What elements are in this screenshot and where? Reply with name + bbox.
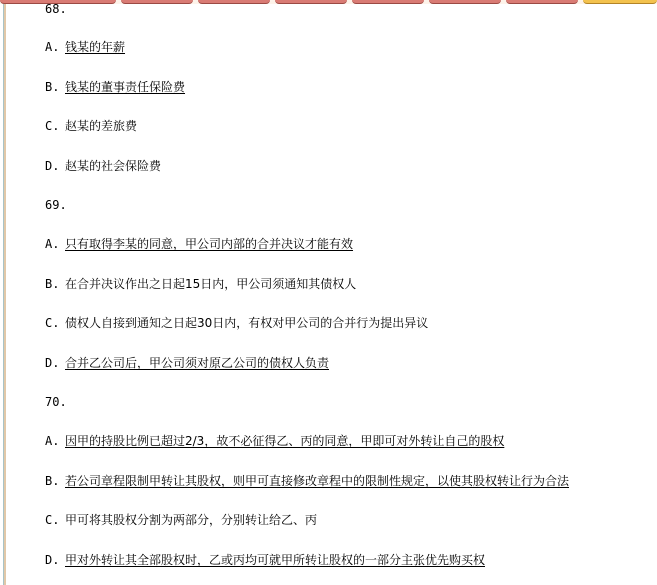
option-letter: C. xyxy=(45,513,65,527)
option-letter: A. xyxy=(45,40,65,54)
option-letter: C. xyxy=(45,119,65,133)
option-70-b[interactable]: B.若公司章程限制甲转让其股权，则甲可直接修改章程中的限制性规定，以使其股权转让… xyxy=(45,474,569,488)
tab-7[interactable] xyxy=(506,0,578,4)
option-70-a[interactable]: A.因甲的持股比例已超过2/3，故不必征得乙、丙的同意，甲即可对外转让自己的股权 xyxy=(45,434,504,448)
tab-4[interactable] xyxy=(275,0,347,4)
tab-3[interactable] xyxy=(198,0,270,4)
option-letter: D. xyxy=(45,159,65,173)
option-70-d[interactable]: D.甲对外转让其全部股权时，乙或丙均可就甲所转让股权的一部分主张优先购买权 xyxy=(45,553,485,567)
option-69-d[interactable]: D.合并乙公司后，甲公司须对原乙公司的债权人负责 xyxy=(45,356,329,370)
tab-2[interactable] xyxy=(121,0,193,4)
option-text: 若公司章程限制甲转让其股权，则甲可直接修改章程中的限制性规定，以使其股权转让行为… xyxy=(65,474,569,488)
question-number-70: 70. xyxy=(45,395,67,409)
tab-strip xyxy=(0,0,657,4)
tab-6[interactable] xyxy=(429,0,501,4)
option-68-c[interactable]: C.赵某的差旅费 xyxy=(45,119,137,133)
option-text: 甲可将其股权分割为两部分，分别转让给乙、丙 xyxy=(65,513,317,527)
option-text: 赵某的差旅费 xyxy=(65,119,137,133)
left-border-rule xyxy=(3,4,6,585)
option-text: 合并乙公司后，甲公司须对原乙公司的债权人负责 xyxy=(65,356,329,370)
option-text: 钱某的董事责任保险费 xyxy=(65,80,185,94)
option-letter: B. xyxy=(45,277,65,291)
option-text: 债权人自接到通知之日起30日内，有权对甲公司的合并行为提出异议 xyxy=(65,316,428,330)
option-letter: B. xyxy=(45,474,65,488)
option-letter: A. xyxy=(45,237,65,251)
option-69-a[interactable]: A.只有取得李某的同意，甲公司内部的合并决议才能有效 xyxy=(45,237,353,251)
option-text: 甲对外转让其全部股权时，乙或丙均可就甲所转让股权的一部分主张优先购买权 xyxy=(65,553,485,567)
option-letter: B. xyxy=(45,80,65,94)
option-text: 因甲的持股比例已超过2/3，故不必征得乙、丙的同意，甲即可对外转让自己的股权 xyxy=(65,434,504,448)
tab-5[interactable] xyxy=(352,0,424,4)
option-text: 赵某的社会保险费 xyxy=(65,159,161,173)
option-text: 只有取得李某的同意，甲公司内部的合并决议才能有效 xyxy=(65,237,353,251)
option-69-c[interactable]: C.债权人自接到通知之日起30日内，有权对甲公司的合并行为提出异议 xyxy=(45,316,428,330)
option-letter: A. xyxy=(45,434,65,448)
option-letter: D. xyxy=(45,356,65,370)
option-letter: C. xyxy=(45,316,65,330)
question-number-69: 69. xyxy=(45,198,67,212)
option-70-c[interactable]: C.甲可将其股权分割为两部分，分别转让给乙、丙 xyxy=(45,513,317,527)
option-68-d[interactable]: D.赵某的社会保险费 xyxy=(45,159,161,173)
option-68-a[interactable]: A.钱某的年薪 xyxy=(45,40,125,54)
question-number-68: 68. xyxy=(45,2,67,16)
option-68-b[interactable]: B.钱某的董事责任保险费 xyxy=(45,80,185,94)
option-letter: D. xyxy=(45,553,65,567)
tab-8-active[interactable] xyxy=(583,0,657,4)
option-69-b[interactable]: B.在合并决议作出之日起15日内，甲公司须通知其债权人 xyxy=(45,277,356,291)
option-text: 钱某的年薪 xyxy=(65,40,125,54)
option-text: 在合并决议作出之日起15日内，甲公司须通知其债权人 xyxy=(65,277,356,291)
